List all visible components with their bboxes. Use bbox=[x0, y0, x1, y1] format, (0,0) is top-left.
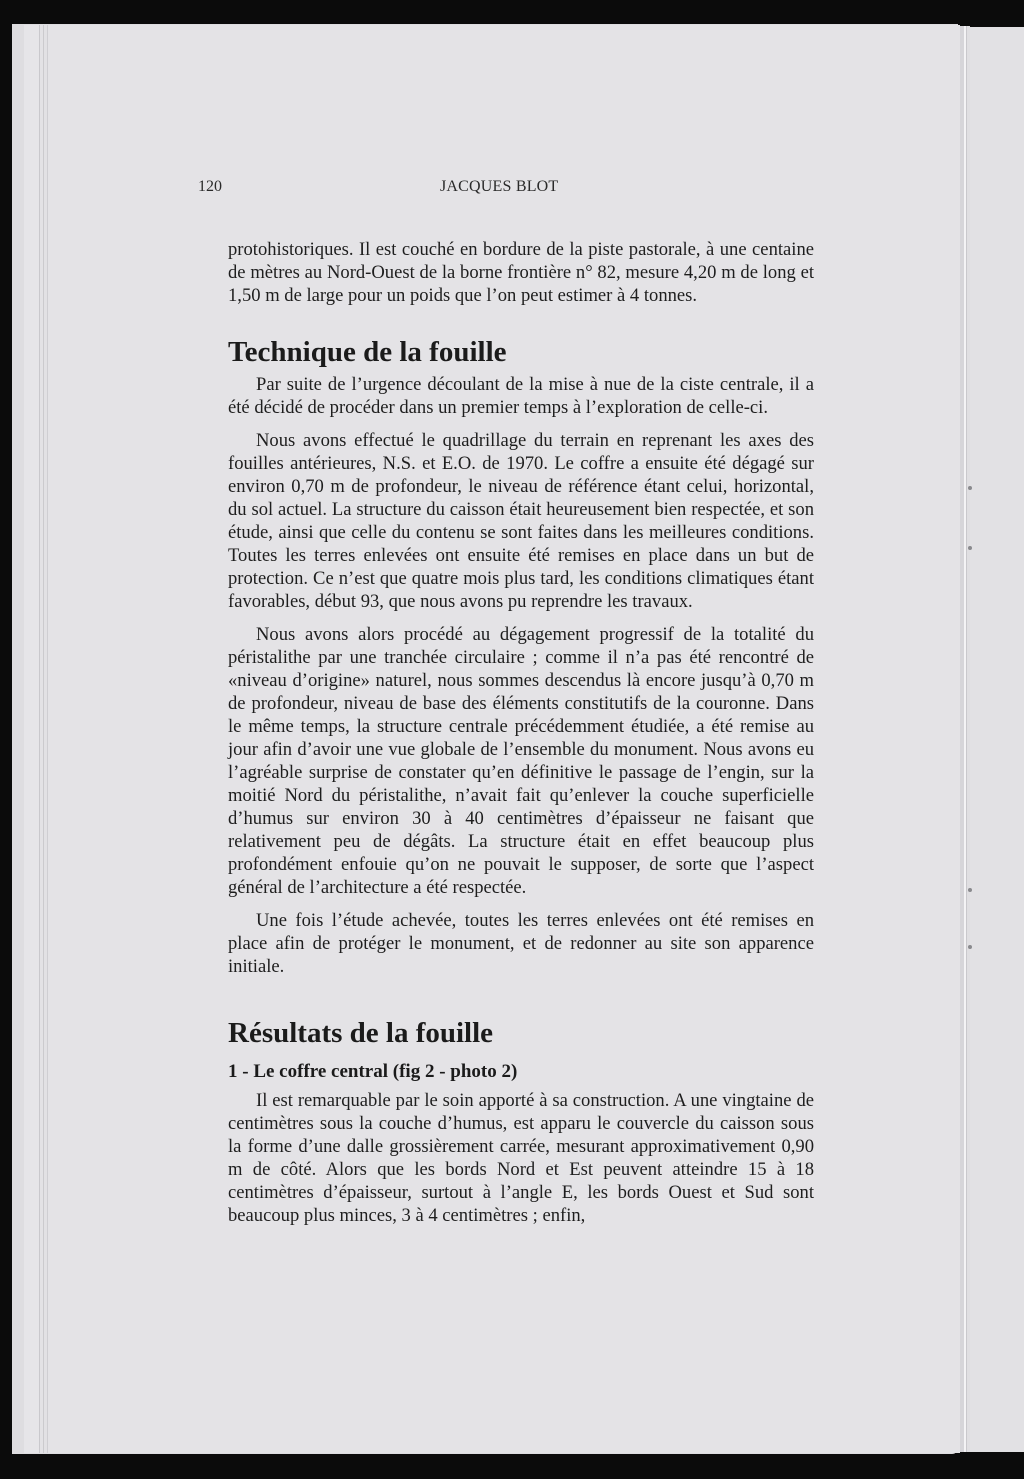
intro-paragraph: protohistoriques. Il est couché en bordu… bbox=[228, 238, 814, 307]
paragraph: Par suite de l’urgence découlant de la m… bbox=[228, 373, 814, 419]
paragraph: Nous avons effectué le quadrillage du te… bbox=[228, 429, 814, 613]
section-heading-resultats: Résultats de la fouille bbox=[228, 1016, 814, 1050]
binding-stitch-icon bbox=[968, 945, 972, 949]
paragraph: Une fois l’étude achevée, toutes les ter… bbox=[228, 909, 814, 978]
article-body: protohistoriques. Il est couché en bordu… bbox=[228, 238, 814, 1227]
facing-page-edge bbox=[970, 27, 1024, 1452]
subsection-heading-coffre: 1 - Le coffre central (fig 2 - photo 2) bbox=[228, 1060, 814, 1084]
section-heading-technique: Technique de la fouille bbox=[228, 335, 814, 369]
binding-stitch-icon bbox=[968, 486, 972, 490]
book-gutter bbox=[960, 26, 970, 1452]
running-header: 120 JACQUES BLOT bbox=[0, 178, 1024, 200]
binding-stitch-icon bbox=[968, 546, 972, 550]
paragraph: Nous avons alors procédé au dégagement p… bbox=[228, 623, 814, 899]
binding-stitch-icon bbox=[968, 888, 972, 892]
running-head-author: JACQUES BLOT bbox=[440, 178, 558, 196]
page-edges bbox=[24, 25, 50, 1453]
page-number: 120 bbox=[198, 178, 222, 196]
paragraph: Il est remarquable par le soin apporté à… bbox=[228, 1089, 814, 1227]
